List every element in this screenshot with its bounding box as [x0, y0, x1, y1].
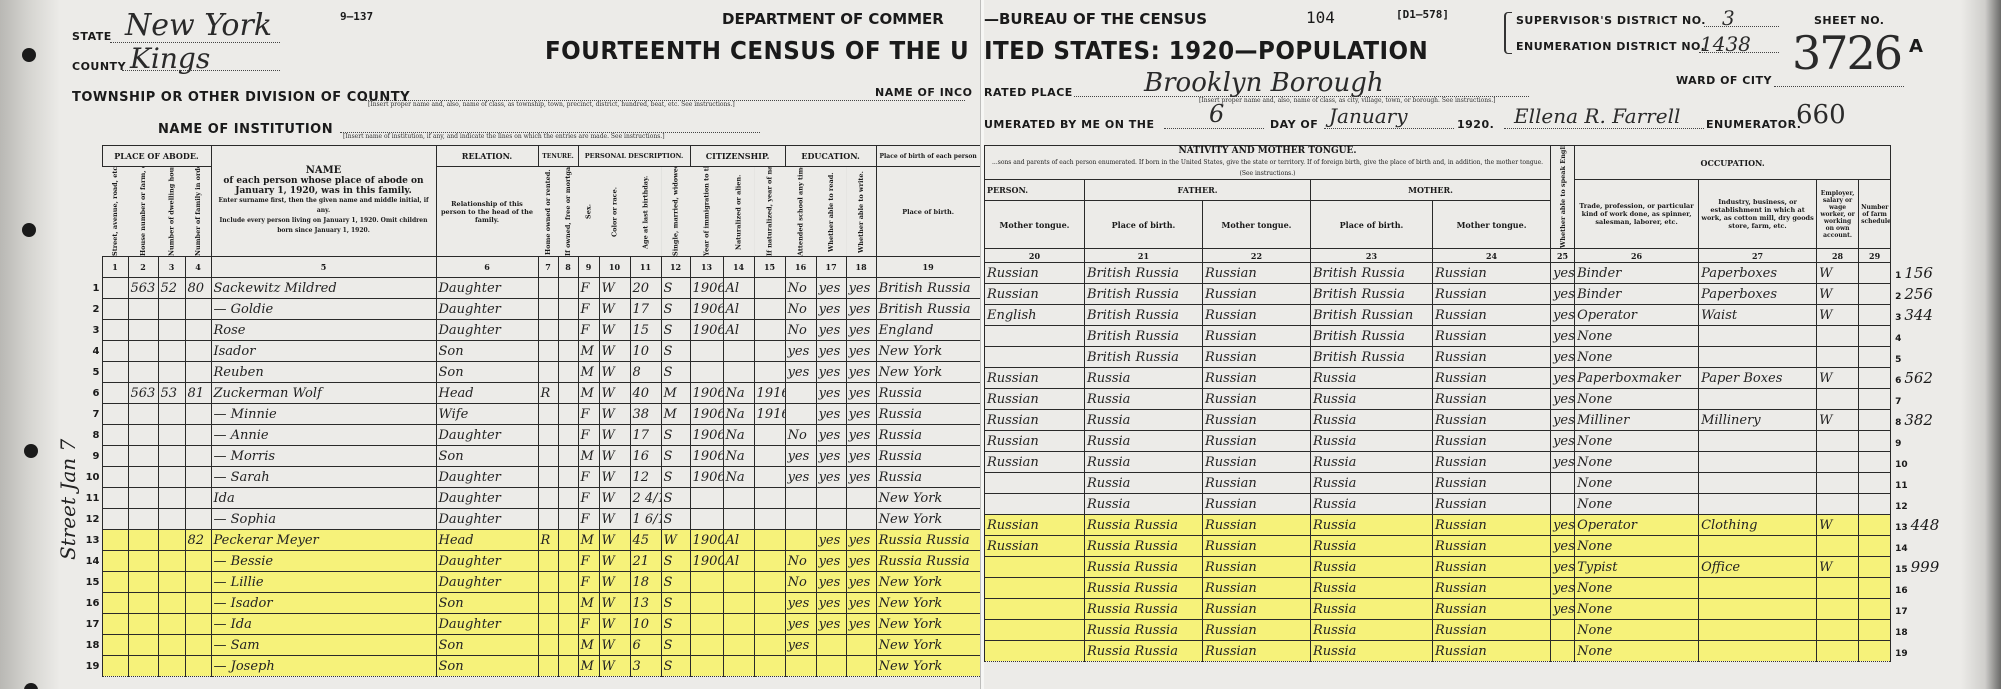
census-row: 3RoseDaughterFW15S1906AlNoyesyesEngland	[78, 320, 980, 341]
incorporated-instructions: [Insert proper name and, also, name of c…	[1199, 97, 1495, 104]
col-number: 15	[754, 257, 785, 278]
side-notes-cell: 19	[1891, 641, 1945, 662]
name-cell: — Joseph	[211, 656, 436, 677]
home-owned-cell	[538, 572, 558, 593]
speaks-english-cell	[1551, 641, 1575, 662]
employer-cell	[1817, 536, 1859, 557]
home-owned-cell	[538, 341, 558, 362]
mother-birthplace-cell: British Russia	[1311, 263, 1433, 284]
col-mother-birthplace: Place of birth.	[1311, 201, 1433, 249]
sex-cell: F	[578, 467, 599, 488]
birthplace-cell: New York	[876, 593, 980, 614]
employer-cell	[1817, 452, 1859, 473]
marital-cell: M	[661, 383, 690, 404]
col-number: 1	[102, 257, 128, 278]
name-cell: Sackewitz Mildred	[211, 278, 436, 299]
naturalized-cell	[723, 614, 754, 635]
immigration-year-cell: 1906	[690, 383, 723, 404]
enumerated-month-line	[1324, 128, 1454, 129]
mother-tongue-cell: Russian	[985, 515, 1085, 536]
industry-cell: Waist	[1699, 305, 1817, 326]
col-street: Street, avenue, road, etc.	[102, 167, 128, 257]
relation-cell: Daughter	[436, 299, 538, 320]
census-title-right: ITED STATES: 1920—POPULATION	[984, 36, 1428, 65]
school-cell: No	[785, 278, 816, 299]
birthplace-cell: British Russia	[876, 299, 980, 320]
street-cell	[102, 278, 128, 299]
name-cell: Ida	[211, 488, 436, 509]
employer-cell	[1817, 494, 1859, 515]
dwelling-number-cell	[158, 551, 185, 572]
read-cell: yes	[816, 572, 846, 593]
line-number: 16	[1895, 586, 1908, 596]
line-number: 3	[1895, 313, 1901, 323]
birthplace-cell: Russia	[876, 383, 980, 404]
group-header-citizenship: CITIZENSHIP.	[690, 146, 785, 167]
enumerated-month-value: January	[1329, 104, 1408, 128]
home-owned-cell	[538, 299, 558, 320]
side-notes-cell: 3344	[1891, 305, 1945, 326]
line-number: 19	[1895, 649, 1908, 659]
col-number: 24	[1433, 249, 1551, 263]
home-owned-cell	[538, 488, 558, 509]
mother-birthplace-cell: Russia	[1311, 368, 1433, 389]
naturalized-cell	[723, 341, 754, 362]
father-tongue-cell: Russian	[1203, 410, 1311, 431]
street-cell	[102, 299, 128, 320]
mother-birthplace-cell: Russia	[1311, 515, 1433, 536]
col-number: 28	[1817, 249, 1859, 263]
col-number: 17	[816, 257, 846, 278]
birthplace-cell: New York	[876, 614, 980, 635]
birthplace-cell: Russia Russia	[876, 551, 980, 572]
mother-tongue-cell: Russian	[985, 284, 1085, 305]
census-row: RussianRussiaRussianRussiaRussianyesNone…	[985, 389, 1945, 410]
family-number-cell	[185, 593, 211, 614]
farm-schedule-cell	[1859, 578, 1891, 599]
trade-cell: Binder	[1575, 263, 1699, 284]
naturalization-year-cell	[754, 551, 785, 572]
school-cell	[785, 509, 816, 530]
side-notes-cell: 16	[1891, 578, 1945, 599]
line-number: 6	[78, 383, 102, 404]
father-birthplace-cell: Russia Russia	[1085, 536, 1203, 557]
scan-shadow-left	[0, 0, 60, 689]
age-cell: 18	[630, 572, 661, 593]
mother-mother-tongue-cell: Russian	[1433, 431, 1551, 452]
father-tongue-cell: Russian	[1203, 263, 1311, 284]
mortgage-cell	[558, 320, 578, 341]
col-naturalized: Naturalized or alien.	[723, 167, 754, 257]
employer-cell	[1817, 431, 1859, 452]
industry-cell	[1699, 578, 1817, 599]
name-cell: — Ida	[211, 614, 436, 635]
side-notes-cell: 7	[1891, 389, 1945, 410]
col-number: 12	[661, 257, 690, 278]
industry-cell	[1699, 599, 1817, 620]
col-number: 2	[128, 257, 158, 278]
employer-cell	[1817, 641, 1859, 662]
col-number: 20	[985, 249, 1085, 263]
nativity-title: NATIVITY AND MOTHER TONGUE.	[987, 146, 1548, 157]
write-cell: yes	[846, 299, 876, 320]
sex-cell: F	[578, 614, 599, 635]
industry-cell	[1699, 347, 1817, 368]
father-header: FATHER.	[1085, 180, 1311, 201]
form-number: 9—137	[340, 10, 373, 23]
name-cell: — Goldie	[211, 299, 436, 320]
father-birthplace-cell: Russia Russia	[1085, 515, 1203, 536]
home-owned-cell	[538, 509, 558, 530]
relation-cell: Son	[436, 635, 538, 656]
naturalized-cell: Al	[723, 320, 754, 341]
mortgage-cell	[558, 572, 578, 593]
farm-schedule-cell	[1859, 494, 1891, 515]
read-cell: yes	[816, 299, 846, 320]
street-cell	[102, 383, 128, 404]
age-cell: 17	[630, 425, 661, 446]
mother-tongue-cell	[985, 557, 1085, 578]
census-row: Russia RussiaRussianRussiaRussianyesNone…	[985, 599, 1945, 620]
father-birthplace-cell: Russia Russia	[1085, 641, 1203, 662]
house-number-cell	[128, 404, 158, 425]
mother-tongue-cell	[985, 578, 1085, 599]
col-read: Whether able to read.	[816, 167, 846, 257]
sex-cell: M	[578, 446, 599, 467]
write-cell: yes	[846, 383, 876, 404]
col-number: 19	[876, 257, 980, 278]
street-cell	[102, 404, 128, 425]
mother-mother-tongue-cell: Russian	[1433, 305, 1551, 326]
father-birthplace-cell: Russia	[1085, 410, 1203, 431]
mortgage-cell	[558, 362, 578, 383]
census-row: British RussiaRussianBritish RussiaRussi…	[985, 326, 1945, 347]
marital-cell: S	[661, 320, 690, 341]
mother-mother-tongue-cell: Russian	[1433, 263, 1551, 284]
sheet-suffix: A	[1909, 36, 1923, 57]
line-number: 16	[78, 593, 102, 614]
mother-tongue-cell	[985, 473, 1085, 494]
dwelling-number-cell	[158, 467, 185, 488]
relation-cell: Son	[436, 362, 538, 383]
line-number: 18	[78, 635, 102, 656]
family-number-cell: 80	[185, 278, 211, 299]
trade-cell: None	[1575, 452, 1699, 473]
incorporated-place-label-right: RATED PLACE	[984, 86, 1073, 99]
speaks-english-cell	[1551, 494, 1575, 515]
immigration-year-cell	[690, 572, 723, 593]
father-tongue-cell: Russian	[1203, 473, 1311, 494]
relation-cell: Daughter	[436, 614, 538, 635]
immigration-year-cell: 1906	[690, 467, 723, 488]
mother-birthplace-cell: British Russia	[1311, 326, 1433, 347]
age-cell: 21	[630, 551, 661, 572]
enumerated-day-line	[1164, 128, 1264, 129]
naturalization-year-cell	[754, 509, 785, 530]
trade-cell: Paperboxmaker	[1575, 368, 1699, 389]
birthplace-cell: New York	[876, 635, 980, 656]
farm-schedule-cell	[1859, 263, 1891, 284]
line-number: 2	[1895, 292, 1901, 302]
father-tongue-cell: Russian	[1203, 431, 1311, 452]
birthplace-cell: Russia	[876, 467, 980, 488]
house-number-cell	[128, 467, 158, 488]
supervisor-district-line	[1704, 26, 1779, 27]
relation-cell: Head	[436, 530, 538, 551]
home-owned-cell: R	[538, 383, 558, 404]
day-of-label: DAY OF	[1270, 118, 1318, 131]
naturalization-year-cell	[754, 320, 785, 341]
trade-cell: Milliner	[1575, 410, 1699, 431]
line-number: 10	[78, 467, 102, 488]
color-cell: W	[599, 530, 630, 551]
relation-cell: Daughter	[436, 551, 538, 572]
col-number: 10	[599, 257, 630, 278]
col-number: 7	[538, 257, 558, 278]
write-cell: yes	[846, 446, 876, 467]
line-number: 4	[1895, 334, 1901, 344]
census-row: 65635381Zuckerman WolfHeadRMW40M1906Na19…	[78, 383, 980, 404]
home-owned-cell	[538, 656, 558, 677]
father-birthplace-cell: Russia Russia	[1085, 578, 1203, 599]
side-notes-cell: 9	[1891, 431, 1945, 452]
census-row: 4IsadorSonMW10SyesyesyesNew York	[78, 341, 980, 362]
dwelling-number-cell	[158, 446, 185, 467]
color-cell: W	[599, 488, 630, 509]
speaks-english-cell: yes	[1551, 452, 1575, 473]
relation-cell: Wife	[436, 404, 538, 425]
col-number: 5	[211, 257, 436, 278]
naturalized-cell	[723, 488, 754, 509]
father-birthplace-cell: British Russia	[1085, 347, 1203, 368]
naturalized-cell	[723, 656, 754, 677]
enumerated-year: 1920.	[1457, 118, 1494, 131]
col-home-owned: Home owned or rented.	[538, 167, 558, 257]
street-cell	[102, 425, 128, 446]
mother-mother-tongue-cell: Russian	[1433, 410, 1551, 431]
dwelling-number-cell	[158, 593, 185, 614]
col-number: 21	[1085, 249, 1203, 263]
read-cell: yes	[816, 404, 846, 425]
immigration-year-cell: 1906	[690, 320, 723, 341]
farm-schedule-cell	[1859, 620, 1891, 641]
employer-cell: W	[1817, 410, 1859, 431]
read-cell	[816, 656, 846, 677]
mother-birthplace-cell: Russia	[1311, 536, 1433, 557]
speaks-english-cell: yes	[1551, 431, 1575, 452]
father-tongue-cell: Russian	[1203, 368, 1311, 389]
col-mortgaged: If owned, free or mortgaged.	[558, 167, 578, 257]
father-birthplace-cell: Russia	[1085, 431, 1203, 452]
color-cell: W	[599, 299, 630, 320]
census-row: RussianRussiaRussianRussiaRussianyesNone…	[985, 431, 1945, 452]
house-number-cell: 563	[128, 383, 158, 404]
census-row: 11IdaDaughterFW2 4/12SNew York	[78, 488, 980, 509]
stamp-number: 104	[1306, 8, 1335, 27]
census-row: RussianRussiaRussianRussiaRussianyesNone…	[985, 452, 1945, 473]
trade-cell: None	[1575, 599, 1699, 620]
sex-cell: M	[578, 362, 599, 383]
birthplace-cell: New York	[876, 341, 980, 362]
age-cell: 13	[630, 593, 661, 614]
age-cell: 16	[630, 446, 661, 467]
line-number: 14	[1895, 544, 1908, 554]
marital-cell: S	[661, 425, 690, 446]
school-cell: No	[785, 425, 816, 446]
employer-cell: W	[1817, 557, 1859, 578]
employer-cell: W	[1817, 305, 1859, 326]
census-row: 15— LillieDaughterFW18SNoyesyesNew York	[78, 572, 980, 593]
speaks-english-cell	[1551, 620, 1575, 641]
institution-instructions: [Insert name of institution, if any, and…	[343, 133, 665, 140]
street-cell	[102, 530, 128, 551]
school-cell	[785, 383, 816, 404]
side-notes-cell: 11	[1891, 473, 1945, 494]
color-cell: W	[599, 404, 630, 425]
street-cell	[102, 593, 128, 614]
naturalization-year-cell	[754, 530, 785, 551]
line-number: 2	[78, 299, 102, 320]
line-number: 5	[78, 362, 102, 383]
incorporated-place-value: Brooklyn Borough	[1144, 68, 1384, 98]
read-cell	[816, 635, 846, 656]
col-father-tongue: Mother tongue.	[1203, 201, 1311, 249]
age-cell: 3	[630, 656, 661, 677]
col-farm-schedule: Number of farm schedule.	[1859, 180, 1891, 249]
street-cell	[102, 320, 128, 341]
dwelling-number-cell	[158, 572, 185, 593]
naturalization-year-cell	[754, 467, 785, 488]
mother-tongue-cell: Russian	[985, 410, 1085, 431]
mortgage-cell	[558, 446, 578, 467]
group-header-education: EDUCATION.	[785, 146, 876, 167]
color-cell: W	[599, 656, 630, 677]
school-cell	[785, 404, 816, 425]
farm-schedule-cell	[1859, 473, 1891, 494]
read-cell: yes	[816, 383, 846, 404]
marital-cell: S	[661, 635, 690, 656]
home-owned-cell	[538, 635, 558, 656]
trade-cell: None	[1575, 326, 1699, 347]
father-birthplace-cell: British Russia	[1085, 326, 1203, 347]
naturalized-cell	[723, 509, 754, 530]
mother-tongue-cell	[985, 494, 1085, 515]
house-number-cell	[128, 509, 158, 530]
trade-cell: None	[1575, 389, 1699, 410]
mortgage-cell	[558, 467, 578, 488]
line-number: 13	[1895, 523, 1908, 533]
family-number-cell	[185, 446, 211, 467]
col-relation-desc: Relationship of this person to the head …	[436, 167, 538, 257]
name-cell: — Annie	[211, 425, 436, 446]
census-row: 5ReubenSonMW8SyesyesyesNew York	[78, 362, 980, 383]
relation-cell: Head	[436, 383, 538, 404]
col-write: Whether able to write.	[846, 167, 876, 257]
school-cell: No	[785, 551, 816, 572]
census-row: 2— GoldieDaughterFW17S1906AlNoyesyesBrit…	[78, 299, 980, 320]
marital-cell: S	[661, 572, 690, 593]
naturalized-cell: Na	[723, 404, 754, 425]
immigration-year-cell: 1906	[690, 278, 723, 299]
naturalized-cell	[723, 572, 754, 593]
department-heading-left: DEPARTMENT OF COMMER	[722, 10, 944, 28]
mother-tongue-cell: Russian	[985, 389, 1085, 410]
employer-cell: W	[1817, 515, 1859, 536]
farm-schedule-cell	[1859, 284, 1891, 305]
school-cell	[785, 656, 816, 677]
line-number-gutter	[78, 257, 102, 278]
side-note: 256	[1904, 285, 1933, 303]
naturalization-year-cell	[754, 593, 785, 614]
farm-schedule-cell	[1859, 410, 1891, 431]
father-tongue-cell: Russian	[1203, 305, 1311, 326]
employer-cell	[1817, 326, 1859, 347]
birthplace-cell: New York	[876, 362, 980, 383]
industry-cell	[1699, 620, 1817, 641]
immigration-year-cell: 1900	[690, 530, 723, 551]
relation-cell: Son	[436, 593, 538, 614]
census-row: RussianBritish RussiaRussianBritish Russ…	[985, 263, 1945, 284]
mother-birthplace-cell: Russia	[1311, 494, 1433, 515]
marital-cell: S	[661, 488, 690, 509]
line-number: 1	[78, 278, 102, 299]
farm-schedule-cell	[1859, 347, 1891, 368]
mortgage-cell	[558, 341, 578, 362]
mother-birthplace-cell: British Russian	[1311, 305, 1433, 326]
census-row: Russia RussiaRussianRussiaRussianNone19	[985, 641, 1945, 662]
color-cell: W	[599, 446, 630, 467]
home-owned-cell	[538, 404, 558, 425]
write-cell: yes	[846, 341, 876, 362]
speaks-english-cell: yes	[1551, 263, 1575, 284]
sex-cell: M	[578, 383, 599, 404]
col-trade: Trade, profession, or particular kind of…	[1575, 180, 1699, 249]
father-birthplace-cell: Russia Russia	[1085, 557, 1203, 578]
trade-cell: Operator	[1575, 515, 1699, 536]
farm-schedule-cell	[1859, 536, 1891, 557]
line-number: 5	[1895, 355, 1901, 365]
birthplace-cell: Russia	[876, 446, 980, 467]
line-number: 18	[1895, 628, 1908, 638]
enumerated-day-value: 6	[1209, 100, 1224, 128]
birthplace-cell: New York	[876, 488, 980, 509]
read-cell: yes	[816, 467, 846, 488]
column-number-row: 20 21 22 23 24 25 26 27 28 29	[985, 249, 1945, 263]
father-tongue-cell: Russian	[1203, 557, 1311, 578]
census-row: 9— MorrisSonMW16S1906NayesyesyesRussia	[78, 446, 980, 467]
group-header-personal: PERSONAL DESCRIPTION.	[578, 146, 690, 167]
col-father-birthplace: Place of birth.	[1085, 201, 1203, 249]
birthplace-cell: Russia Russia	[876, 530, 980, 551]
trade-cell: None	[1575, 578, 1699, 599]
line-number: 6	[1895, 376, 1901, 386]
house-number-cell	[128, 530, 158, 551]
naturalization-year-cell	[754, 635, 785, 656]
naturalization-year-cell	[754, 614, 785, 635]
birthplace-cell: Russia	[876, 425, 980, 446]
speaks-english-cell: yes	[1551, 515, 1575, 536]
color-cell: W	[599, 572, 630, 593]
house-number-cell: 563	[128, 278, 158, 299]
corner-note: 660	[1796, 100, 1846, 130]
family-number-cell	[185, 341, 211, 362]
dwelling-number-cell	[158, 362, 185, 383]
father-tongue-cell: Russian	[1203, 494, 1311, 515]
census-row: RussiaRussianRussiaRussianNone11	[985, 473, 1945, 494]
sex-cell: F	[578, 404, 599, 425]
name-header-instr: Enter surname first, then the given name…	[214, 196, 434, 216]
line-number: 7	[78, 404, 102, 425]
